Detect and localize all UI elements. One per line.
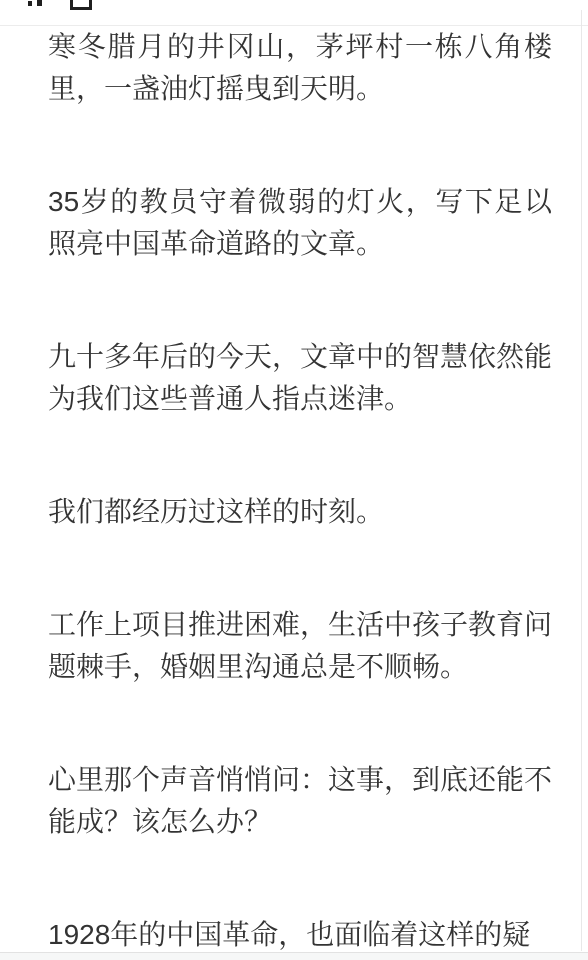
article-paragraph: 工作上项目推进困难，生活中孩子教育问题棘手，婚姻里沟通总是不顺畅。 xyxy=(48,604,552,688)
article-paragraph: 我们都经历过这样的时刻。 xyxy=(48,491,552,533)
article-paragraph: 心里那个声音悄悄问：这事，到底还能不能成？该怎么办？ xyxy=(48,759,552,843)
content-right-border xyxy=(581,10,582,951)
article-paragraph: 1928年的中国革命，也面临着这样的疑 xyxy=(48,914,552,956)
article-paragraph: 35岁的教员守着微弱的灯火，写下足以照亮中国革命道路的文章。 xyxy=(48,181,552,265)
article-paragraph: 寒冬腊月的井冈山，茅坪村一栋八角楼里，一盏油灯摇曳到天明。 xyxy=(48,26,552,110)
article-page: 寒冬腊月的井冈山，茅坪村一栋八角楼里，一盏油灯摇曳到天明。 35岁的教员守着微弱… xyxy=(0,0,588,960)
article-paragraph: 九十多年后的今天，文章中的智慧依然能为我们这些普通人指点迷津。 xyxy=(48,336,552,420)
bottom-segment-edge xyxy=(0,952,588,960)
cut-off-text-fragment xyxy=(28,0,98,8)
article-body: 寒冬腊月的井冈山，茅坪村一栋八角楼里，一盏油灯摇曳到天明。 35岁的教员守着微弱… xyxy=(48,26,552,956)
